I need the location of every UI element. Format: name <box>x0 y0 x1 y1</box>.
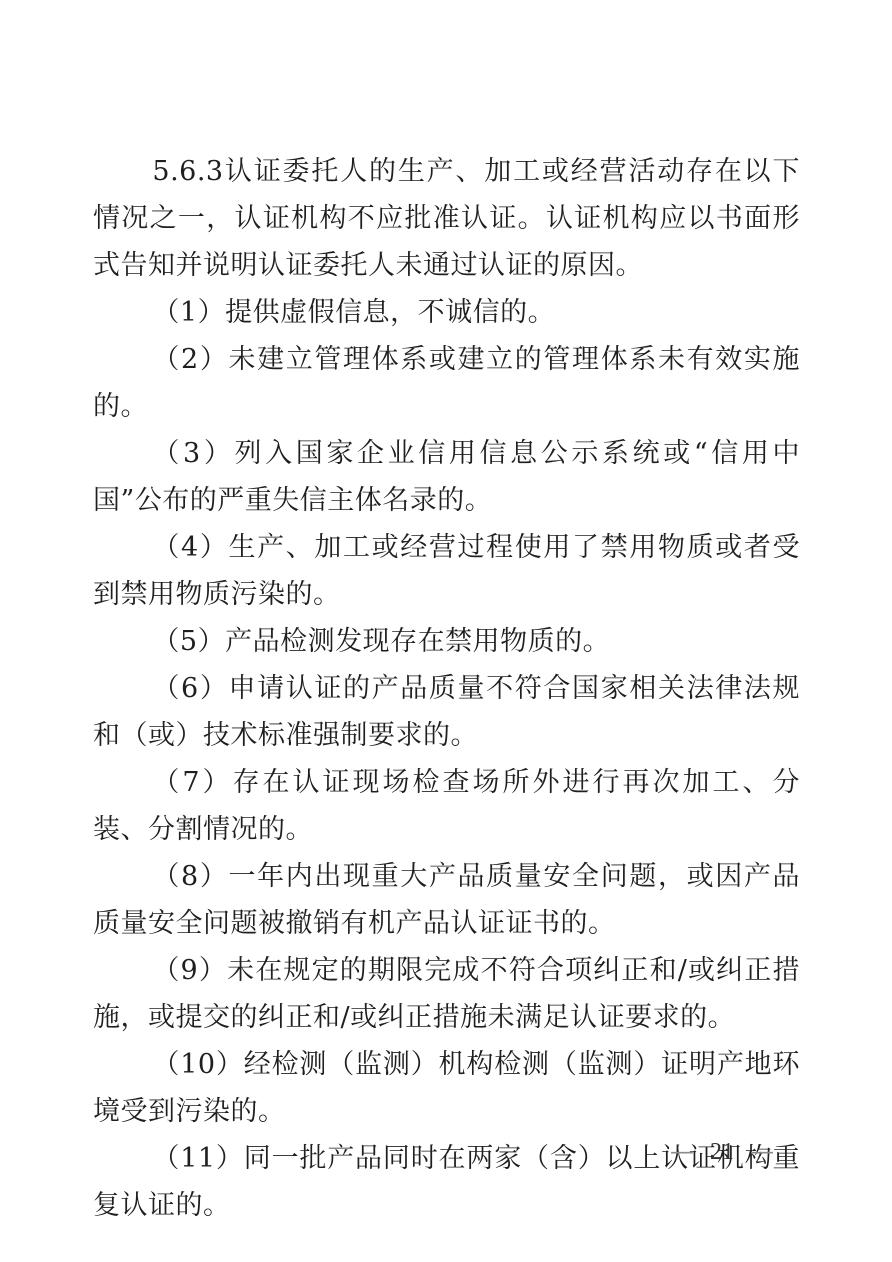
footer-right-dash: — <box>750 1137 774 1165</box>
list-item-9: （9）未在规定的期限完成不符合项纠正和/或纠正措施，或提交的纠正和/或纠正措施未… <box>93 947 800 1041</box>
list-item-6: （6）申请认证的产品质量不符合国家相关法律法规和（或）技术标准强制要求的。 <box>93 665 800 759</box>
list-item-2: （2）未建立管理体系或建立的管理体系未有效实施的。 <box>93 336 800 430</box>
list-item-10: （10）经检测（监测）机构检测（监测）证明产地环境受到污染的。 <box>93 1041 800 1135</box>
list-item-5: （5）产品检测发现存在禁用物质的。 <box>93 618 800 665</box>
footer-left-dash: — <box>670 1137 694 1165</box>
list-item-3: （3）列入国家企业信用信息公示系统或“信用中国”公布的严重失信主体名录的。 <box>93 430 800 524</box>
page-footer: —21— <box>670 1134 774 1169</box>
page-number: 21 <box>710 1139 734 1165</box>
list-item-7: （7）存在认证现场检查场所外进行再次加工、分装、分割情况的。 <box>93 759 800 853</box>
document-body-text: 5.6.3认证委托人的生产、加工或经营活动存在以下情况之一，认证机构不应批准认证… <box>93 148 800 1229</box>
paragraph-clause-5-6-3: 5.6.3认证委托人的生产、加工或经营活动存在以下情况之一，认证机构不应批准认证… <box>93 148 800 289</box>
document-page: 5.6.3认证委托人的生产、加工或经营活动存在以下情况之一，认证机构不应批准认证… <box>0 0 892 1262</box>
list-item-1: （1）提供虚假信息，不诚信的。 <box>93 289 800 336</box>
list-item-8: （8）一年内出现重大产品质量安全问题，或因产品质量安全问题被撤销有机产品认证证书… <box>93 853 800 947</box>
list-item-4: （4）生产、加工或经营过程使用了禁用物质或者受到禁用物质污染的。 <box>93 524 800 618</box>
